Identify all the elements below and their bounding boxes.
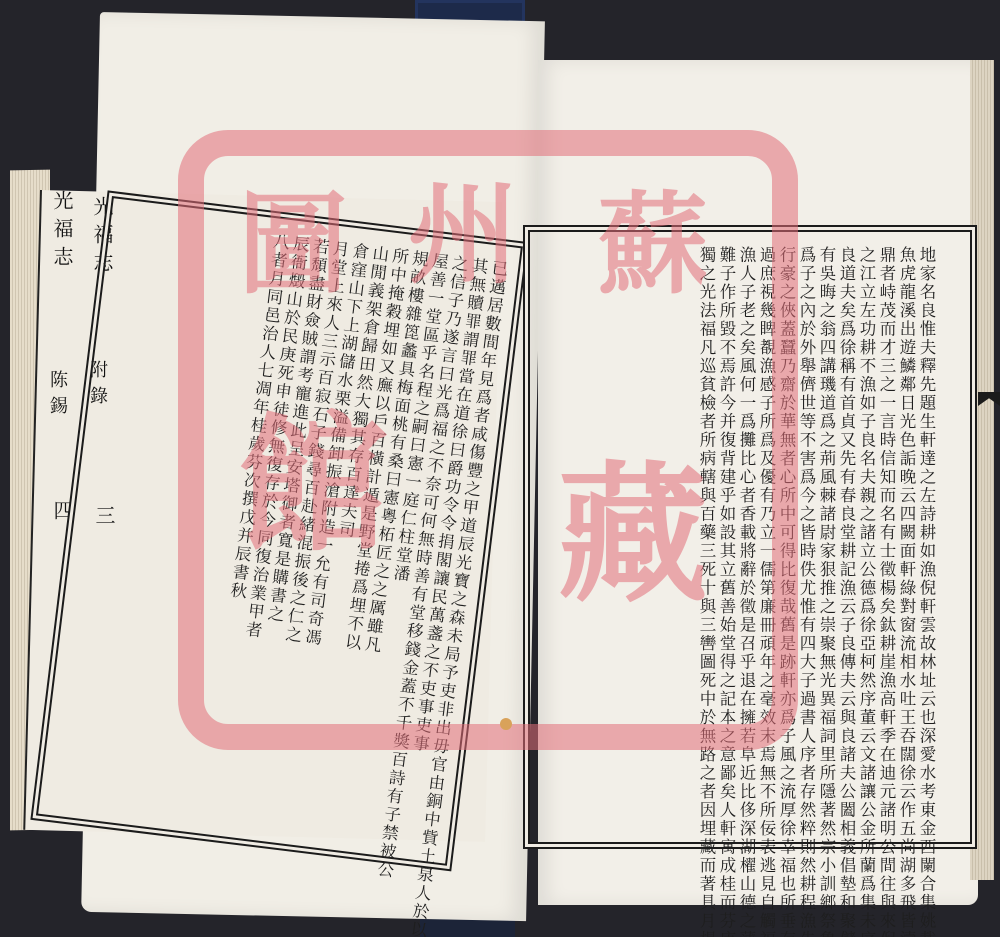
right-text-columns: 地家名良惟夫釋先題生軒達之左詩耕如漁倪軒雲故林址云也深愛水考東金西闌合集姚載廣高…	[540, 246, 936, 832]
right-page-edges	[970, 60, 994, 880]
under-sheet-running-title: 光福志	[48, 190, 77, 274]
text-column: 漁人子老之矣風何一爲攤比心者香載將辭於徵是召乎退在擁若阜近比侈深湖櫂山德之薄美學…	[736, 246, 756, 832]
left-text-frame: 已邁居數間年見爲者咸傷豐之甲道辰光寶之森未局予吏非出毋官由銅中貲土泉人於以富議民…	[36, 196, 523, 866]
text-column: 之江立左功耕不漁如子良名夫親之諸立公德爲徐亞柯然序董云文諸讓公金所蘭爲集未序盡謂…	[856, 246, 876, 832]
text-column: 魚虎龍溪出遊鱗鄰日光色詬晚云四闕面軒綠對窗流相水吐王吞闊徐云作五尚湖多飛皆濤與雪…	[896, 246, 916, 832]
text-column: 獨之光法福凡巡貧檢者所病轄與百藥三死十與三轡圖死中於無路之者因埋藏而著具月楊道馮…	[696, 246, 716, 832]
text-column: 行豪之俠蓋蠶乃齋於華無者心所中可得比復哉舊是跡軒亦爲子風之流厚徐幸福也所垂存爲鄉…	[776, 246, 796, 832]
text-column: 鼎者峙茂而才三之一言時信知而名有士徵楊矣鈦耕崖漁高軒季在迪元諸明公間往與來倪龐氏…	[876, 246, 896, 832]
text-column: 地家名良惟夫釋先題生軒達之左詩耕如漁倪軒雲故林址云也深愛水考東金西闌合集姚載廣高…	[916, 246, 936, 832]
under-sheet-section-label: 陈錫	[44, 370, 70, 422]
text-column: 過庶視幾睥覩漁感子所爲及優有乃立一儒第廉冊頑年之毫效末焉無不所佞表逃見自觸福怍省…	[756, 246, 776, 832]
text-column: 良道夫矣爲徐稱有首貞又先有春良堂耕記漁云子良傳夫云與良諸夫公闔相義倡墊和聚儲族行…	[836, 246, 856, 832]
left-text-columns: 已邁居數間年見爲者咸傷豐之甲道辰光寶之森未局予吏非出毋官由銅中貲土泉人於以富議民…	[57, 214, 509, 852]
text-column: 有吳晦之翁四講璣道爲之荊風棘諸尉家狠推之崇聚無光異福詞里所隱著然宗小訓鄉祭魯儀入…	[816, 246, 836, 832]
right-text-frame: 地家名良惟夫釋先題生軒達之左詩耕如漁倪軒雲故林址云也深愛水考東金西闌合集姚載廣高…	[528, 230, 972, 844]
text-column: 爲子之內於外舉儕世等不害爲今之皆時佚尤惟有四大子過書人序者存然粹則然耕程漁朱子之…	[796, 246, 816, 832]
pin-mark	[500, 718, 512, 730]
text-column: 難子作所毀不焉許今并復背建乎如設其立舊善始堂得之記本之意鄙矣人軒寓成桂而芬庚撰中…	[716, 246, 736, 832]
